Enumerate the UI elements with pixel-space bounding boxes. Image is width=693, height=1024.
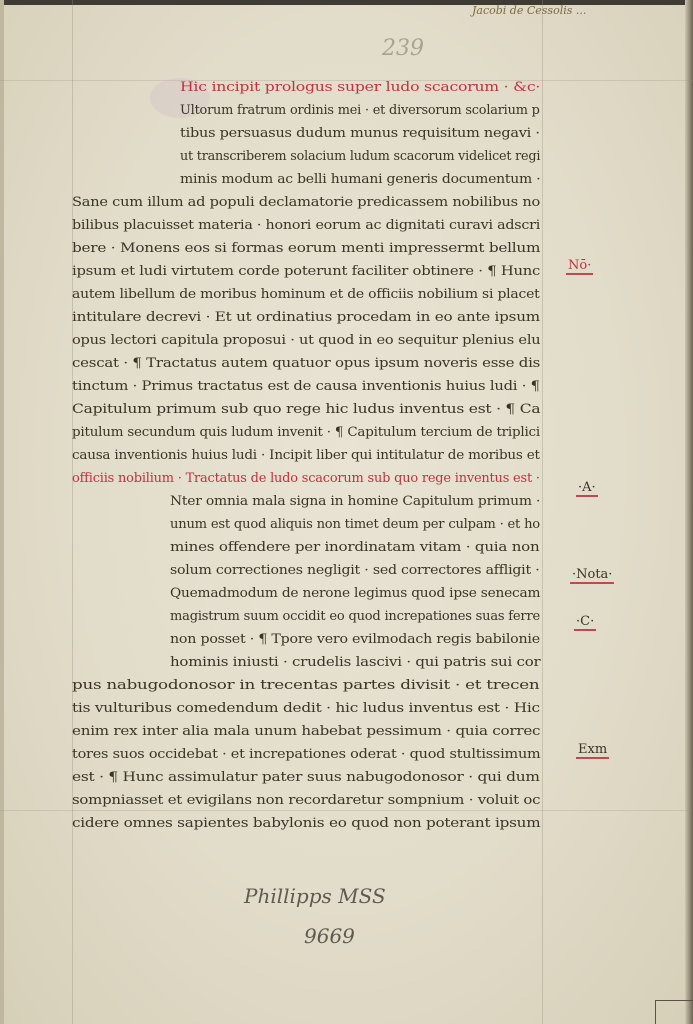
- text-line: sompniasset et evigilans non recordaretu…: [72, 792, 540, 809]
- text-line: cescat · ¶ Tractatus autem quatuor opus …: [72, 355, 540, 372]
- text-line: tibus persuasus dudum munus requisitum n…: [180, 125, 540, 142]
- text-line: Quemadmodum de nerone legimus quod ipse …: [170, 585, 540, 602]
- folio-number: 239: [382, 36, 424, 61]
- margin-note: ·Nota·: [570, 567, 614, 584]
- text-line: Capitulum primum sub quo rege hic ludus …: [72, 401, 540, 418]
- manuscript-page: Jacobi de Cessolis ... 239 Hic incipit p…: [0, 0, 693, 1024]
- margin-note: ·C·: [574, 614, 596, 631]
- page-right-edge: [685, 0, 693, 1024]
- top-right-note: Jacobi de Cessolis ...: [472, 4, 586, 17]
- text-line: causa inventionis huius ludi · Incipit l…: [72, 447, 540, 464]
- text-line: tores suos occidebat · et increpationes …: [72, 746, 540, 763]
- text-line: Sane cum illum ad populi declamatorie pr…: [72, 194, 540, 211]
- text-line: mines offendere per inordinatam vitam · …: [170, 539, 539, 556]
- text-line: Nter omnia mala signa in homine Capitulu…: [170, 493, 540, 510]
- text-line: tinctum · Primus tractatus est de causa …: [72, 378, 540, 395]
- text-line: magistrum suum occidit eo quod increpati…: [170, 608, 540, 625]
- text-line: est · ¶ Hunc assimulatur pater suus nabu…: [72, 769, 540, 786]
- text-line: bere · Monens eos si formas eorum menti …: [72, 240, 540, 257]
- text-line: ut transcriberem solacium ludum scacorum…: [180, 148, 540, 165]
- text-line: pitulum secundum quis ludum invenit · ¶ …: [72, 424, 540, 441]
- margin-note: Nō·: [566, 258, 593, 275]
- ruling-line: [542, 0, 543, 1024]
- text-line: officiis nobilium · Tractatus de ludo sc…: [72, 470, 540, 487]
- page-corner-tab: [655, 1000, 693, 1024]
- page-left-edge: [0, 0, 4, 1024]
- text-line: hominis iniusti · crudelis lascivi · qui…: [170, 654, 540, 671]
- margin-note: ·A·: [576, 480, 598, 497]
- text-line: autem libellum de moribus hominum et de …: [72, 286, 540, 303]
- text-line: pus nabugodonosor in trecentas partes di…: [72, 677, 539, 694]
- ruling-line: [72, 0, 73, 1024]
- text-line: ipsum et ludi virtutem corde poterunt fa…: [72, 263, 540, 280]
- text-line: minis modum ac belli humani generis docu…: [180, 171, 540, 188]
- text-line: non posset · ¶ Tpore vero evilmodach reg…: [170, 631, 540, 648]
- text-line: solum correctiones negligit · sed correc…: [170, 562, 539, 579]
- text-line: intitulare decrevi · Et ut ordinatius pr…: [72, 309, 540, 326]
- text-line: tis vulturibus comedendum dedit · hic lu…: [72, 700, 540, 717]
- ruling-line: [0, 810, 693, 811]
- text-line: unum est quod aliquis non timet deum per…: [170, 516, 540, 533]
- text-line: bilibus placuisset materia · honori eoru…: [72, 217, 540, 234]
- text-line: Hic incipit prologus super ludo scacorum…: [180, 79, 540, 96]
- shelfmark-line2: 9669: [304, 924, 355, 948]
- margin-note: Exm: [576, 742, 609, 759]
- page-top-edge: [0, 0, 693, 5]
- text-line: Ultorum fratrum ordinis mei · et diverso…: [180, 102, 540, 119]
- shelfmark-line1: Phillipps MSS: [244, 884, 386, 908]
- text-line: enim rex inter alia mala unum habebat pe…: [72, 723, 540, 740]
- text-line: cidere omnes sapientes babylonis eo quod…: [72, 815, 540, 832]
- text-line: opus lectori capitula proposui · ut quod…: [72, 332, 540, 349]
